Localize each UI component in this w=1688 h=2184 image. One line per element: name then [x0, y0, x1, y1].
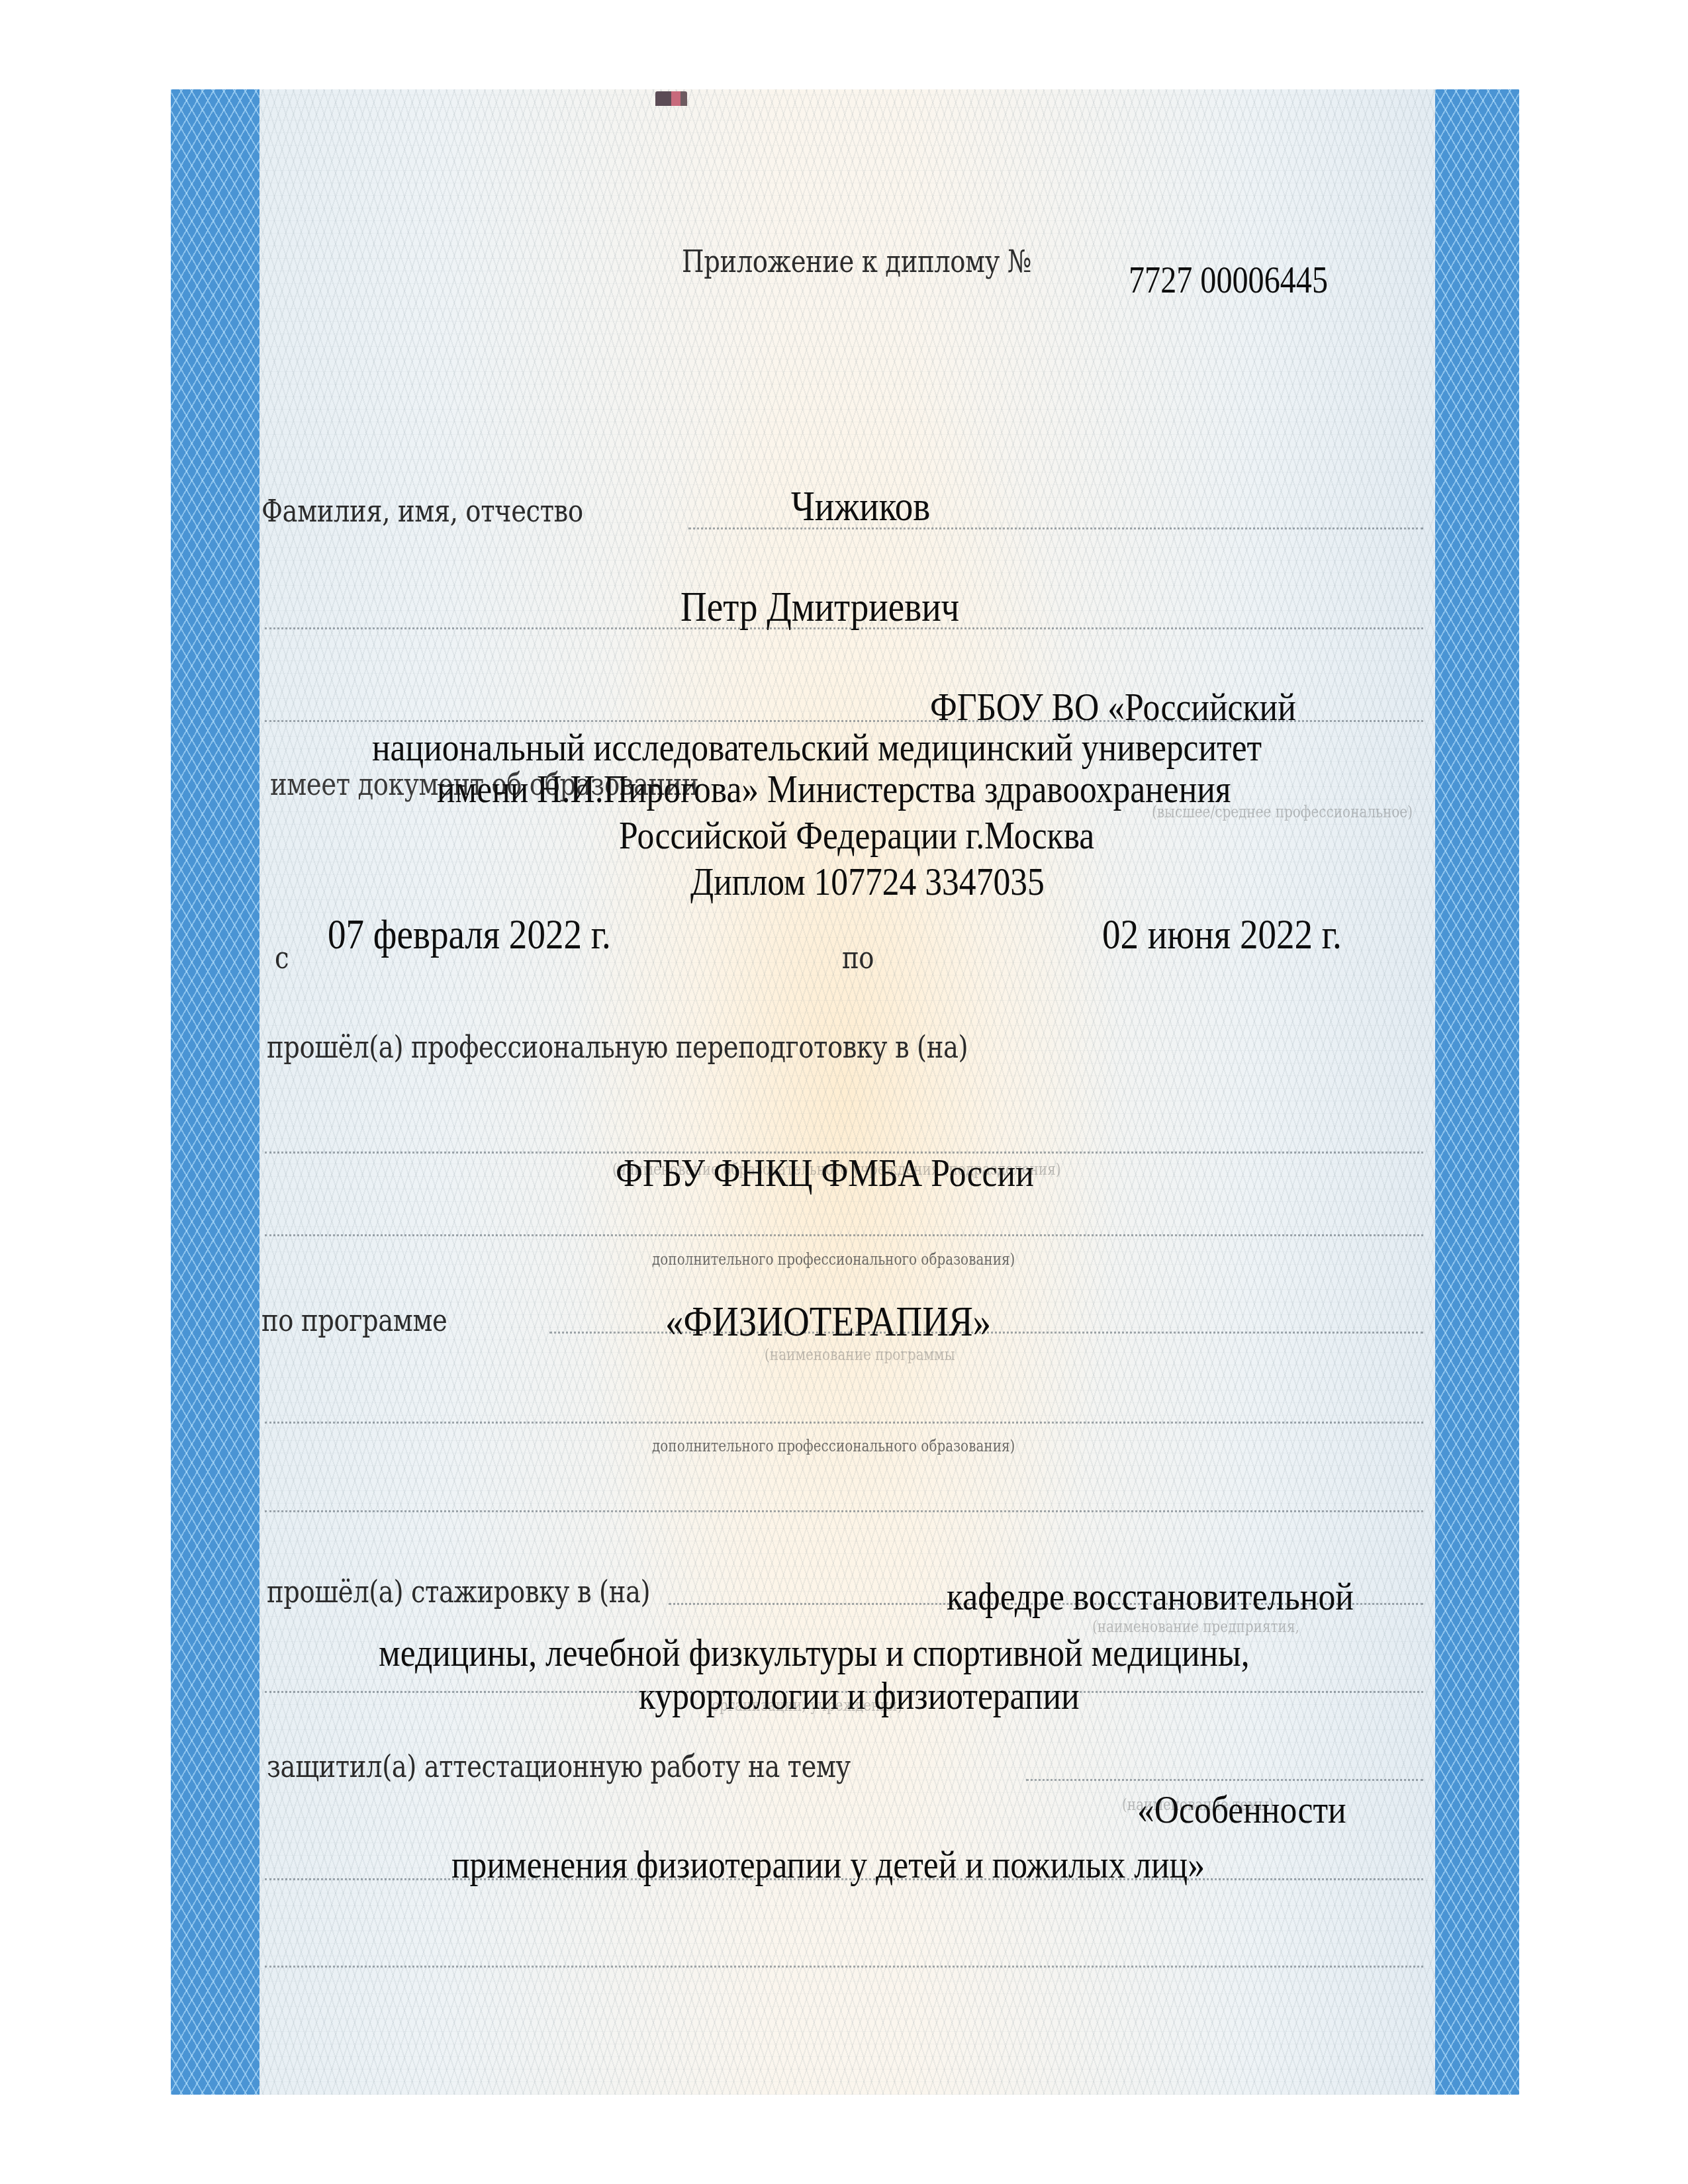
- internship-line-3-text: курортологии и физиотерапии: [639, 1673, 1080, 1719]
- period-from-date: 07 февраля 2022 г.: [328, 910, 611, 959]
- program-caption-2: дополнительного профессионального образо…: [652, 1436, 1015, 1455]
- given-names: Петр Дмитриевич: [680, 582, 959, 631]
- period-to-label: по: [842, 940, 874, 976]
- appendix-number: 7727 00006445: [1129, 259, 1328, 302]
- program-label: по программе: [261, 1302, 447, 1339]
- period-to-date: 02 июня 2022 г.: [1102, 910, 1342, 959]
- internship-label: прошёл(а) стажировку в (на): [267, 1574, 650, 1610]
- edu-institution-line-3: имени Н.И.Пирогова» Министерства здравоо…: [437, 766, 1231, 812]
- thesis-line-3: [265, 1966, 1423, 1968]
- left-security-band: [171, 89, 259, 2095]
- thesis-line-2-text: применения физиотерапии у детей и пожилы…: [451, 1842, 1205, 1888]
- edu-institution-line-4: Российской Федерации г.Москва: [619, 813, 1094, 858]
- appendix-title-label: Приложение к диплому №: [682, 244, 1031, 280]
- internship-line-2-text: медицины, лечебной физкультуры и спортив…: [379, 1630, 1250, 1676]
- period-from-label: с: [275, 940, 289, 976]
- program-line-2: [265, 1422, 1423, 1424]
- retraining-institution: ФГБУ ФНКЦ ФМБА России: [616, 1150, 1034, 1196]
- thesis-line-1: [1026, 1779, 1423, 1781]
- fio-label: Фамилия, имя, отчество: [261, 493, 583, 529]
- diploma-number: Диплом 107724 3347035: [690, 859, 1045, 905]
- internship-line-1-text: кафедре восстановительной: [947, 1574, 1354, 1619]
- retraining-label: прошёл(а) профессиональную переподготовк…: [267, 1029, 968, 1066]
- retraining-caption-2: дополнительного профессионального образо…: [652, 1250, 1015, 1269]
- thesis-line-1-text: «Особенности: [1137, 1787, 1346, 1833]
- binding-clip: [655, 91, 687, 106]
- program-name: «ФИЗИОТЕРАПИЯ»: [665, 1297, 991, 1346]
- program-caption-1: (наименование программы: [765, 1345, 955, 1364]
- edu-institution-line-1: ФГБОУ ВО «Российский: [930, 684, 1296, 730]
- program-line-3: [265, 1510, 1423, 1512]
- right-security-band: [1435, 89, 1519, 2095]
- surname: Чижиков: [791, 482, 930, 531]
- thesis-label: защитил(а) аттестационную работу на тему: [267, 1749, 851, 1785]
- retraining-line-2: [265, 1234, 1423, 1236]
- edu-institution-line-2: национальный исследовательский медицинск…: [372, 725, 1262, 770]
